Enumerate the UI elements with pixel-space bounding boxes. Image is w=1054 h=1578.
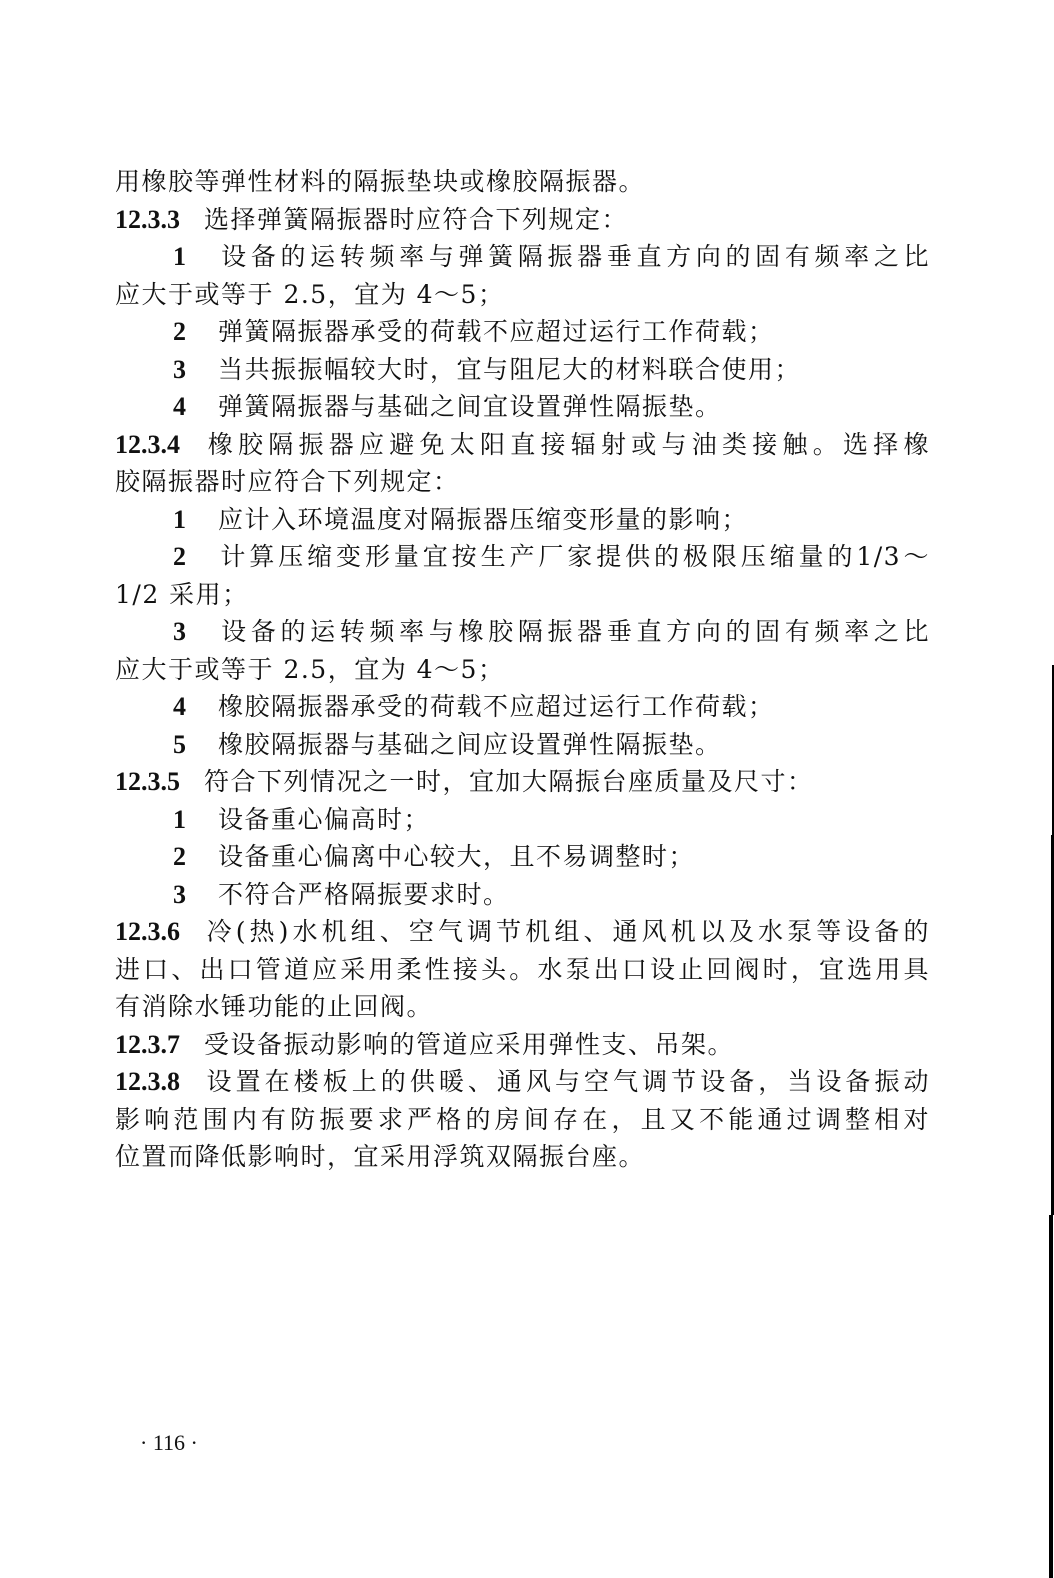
clause-text: 冷(热)水机组、空气调节机组、通风机以及水泵等设备的 (204, 917, 930, 946)
item-number: 1 (173, 501, 218, 539)
list-item: 1设备的运转频率与弹簧隔振器垂直方向的固有频率之比 (115, 238, 930, 276)
item-text: 计算压缩变形量宜按生产厂家提供的极限压缩量的1/3～ (218, 542, 930, 571)
line-text: 应大于或等于 2.5，宜为 4～5； (115, 280, 504, 309)
line-text: 胶隔振器时应符合下列规定： (115, 467, 460, 496)
text-line: 1/2 采用； (115, 576, 930, 614)
text-line: 有消除水锤功能的止回阀。 (115, 988, 930, 1026)
clause-heading: 12.3.8设置在楼板上的供暖、通风与空气调节设备，当设备振动 (115, 1063, 930, 1101)
item-text: 设备重心偏离中心较大，且不易调整时； (218, 842, 695, 871)
list-item: 4弹簧隔振器与基础之间宜设置弹性隔振垫。 (115, 388, 930, 426)
clause-number: 12.3.5 (115, 767, 180, 796)
document-body: 用橡胶等弹性材料的隔振垫块或橡胶隔振器。 12.3.3选择弹簧隔振器时应符合下列… (115, 163, 930, 1176)
clause-heading: 12.3.6冷(热)水机组、空气调节机组、通风机以及水泵等设备的 (115, 913, 930, 951)
list-item: 2弹簧隔振器承受的荷载不应超过运行工作荷载； (115, 313, 930, 351)
text-line: 进口、出口管道应采用柔性接头。水泵出口设止回阀时，宜选用具 (115, 951, 930, 989)
line-text: 位置而降低影响时，宜采用浮筑双隔振台座。 (115, 1142, 645, 1171)
item-text: 设备的运转频率与弹簧隔振器垂直方向的固有频率之比 (218, 242, 930, 271)
line-text: 影响范围内有防振要求严格的房间存在，且又不能通过调整相对 (115, 1105, 930, 1134)
clause-text: 符合下列情况之一时，宜加大隔振台座质量及尺寸： (204, 767, 814, 796)
clause-number: 12.3.6 (115, 917, 180, 946)
item-number: 3 (173, 613, 218, 651)
clause-number: 12.3.3 (115, 205, 180, 234)
list-item: 5橡胶隔振器与基础之间应设置弹性隔振垫。 (115, 726, 930, 764)
line-text: 应大于或等于 2.5，宜为 4～5； (115, 655, 504, 684)
text-line: 影响范围内有防振要求严格的房间存在，且又不能通过调整相对 (115, 1101, 930, 1139)
text-line: 应大于或等于 2.5，宜为 4～5； (115, 651, 930, 689)
list-item: 1设备重心偏高时； (115, 801, 930, 839)
clause-text: 设置在楼板上的供暖、通风与空气调节设备，当设备振动 (204, 1067, 930, 1096)
item-text: 设备的运转频率与橡胶隔振器垂直方向的固有频率之比 (218, 617, 930, 646)
clause-number: 12.3.8 (115, 1067, 180, 1096)
line-text: 1/2 采用； (115, 580, 249, 609)
page-number: · 116 · (140, 1430, 198, 1456)
text-line: 胶隔振器时应符合下列规定： (115, 463, 930, 501)
clause-heading: 12.3.5符合下列情况之一时，宜加大隔振台座质量及尺寸： (115, 763, 930, 801)
item-text: 橡胶隔振器与基础之间应设置弹性隔振垫。 (218, 730, 722, 759)
line-text: 进口、出口管道应采用柔性接头。水泵出口设止回阀时，宜选用具 (115, 955, 930, 984)
list-item: 3当共振振幅较大时，宜与阻尼大的材料联合使用； (115, 351, 930, 389)
scan-edge-line (1049, 1215, 1053, 1578)
item-number: 2 (173, 313, 218, 351)
list-item: 3设备的运转频率与橡胶隔振器垂直方向的固有频率之比 (115, 613, 930, 651)
clause-text: 选择弹簧隔振器时应符合下列规定： (204, 205, 628, 234)
list-item: 3不符合严格隔振要求时。 (115, 876, 930, 914)
item-text: 不符合严格隔振要求时。 (218, 880, 510, 909)
item-number: 3 (173, 876, 218, 914)
item-number: 1 (173, 801, 218, 839)
item-number: 2 (173, 838, 218, 876)
text-line: 用橡胶等弹性材料的隔振垫块或橡胶隔振器。 (115, 163, 930, 201)
clause-heading: 12.3.3选择弹簧隔振器时应符合下列规定： (115, 201, 930, 239)
item-text: 弹簧隔振器与基础之间宜设置弹性隔振垫。 (218, 392, 722, 421)
text-line: 位置而降低影响时，宜采用浮筑双隔振台座。 (115, 1138, 930, 1176)
text-line: 应大于或等于 2.5，宜为 4～5； (115, 276, 930, 314)
item-number: 4 (173, 688, 218, 726)
list-item: 2设备重心偏离中心较大，且不易调整时； (115, 838, 930, 876)
clause-heading: 12.3.4橡胶隔振器应避免太阳直接辐射或与油类接触。选择橡 (115, 426, 930, 464)
item-text: 设备重心偏高时； (218, 805, 430, 834)
list-item: 4橡胶隔振器承受的荷载不应超过运行工作荷载； (115, 688, 930, 726)
clause-text: 橡胶隔振器应避免太阳直接辐射或与油类接触。选择橡 (204, 430, 930, 459)
line-text: 有消除水锤功能的止回阀。 (115, 992, 433, 1021)
list-item: 1应计入环境温度对隔振器压缩变形量的影响； (115, 501, 930, 539)
clause-heading: 12.3.7受设备振动影响的管道应采用弹性支、吊架。 (115, 1026, 930, 1064)
item-text: 应计入环境温度对隔振器压缩变形量的影响； (218, 505, 748, 534)
clause-number: 12.3.4 (115, 430, 180, 459)
item-number: 2 (173, 538, 218, 576)
item-text: 当共振振幅较大时，宜与阻尼大的材料联合使用； (218, 355, 801, 384)
item-number: 1 (173, 238, 218, 276)
line-text: 用橡胶等弹性材料的隔振垫块或橡胶隔振器。 (115, 167, 645, 196)
item-number: 5 (173, 726, 218, 764)
item-number: 3 (173, 351, 218, 389)
clause-text: 受设备振动影响的管道应采用弹性支、吊架。 (204, 1030, 734, 1059)
item-text: 弹簧隔振器承受的荷载不应超过运行工作荷载； (218, 317, 775, 346)
item-number: 4 (173, 388, 218, 426)
item-text: 橡胶隔振器承受的荷载不应超过运行工作荷载； (218, 692, 775, 721)
clause-number: 12.3.7 (115, 1030, 180, 1059)
list-item: 2计算压缩变形量宜按生产厂家提供的极限压缩量的1/3～ (115, 538, 930, 576)
